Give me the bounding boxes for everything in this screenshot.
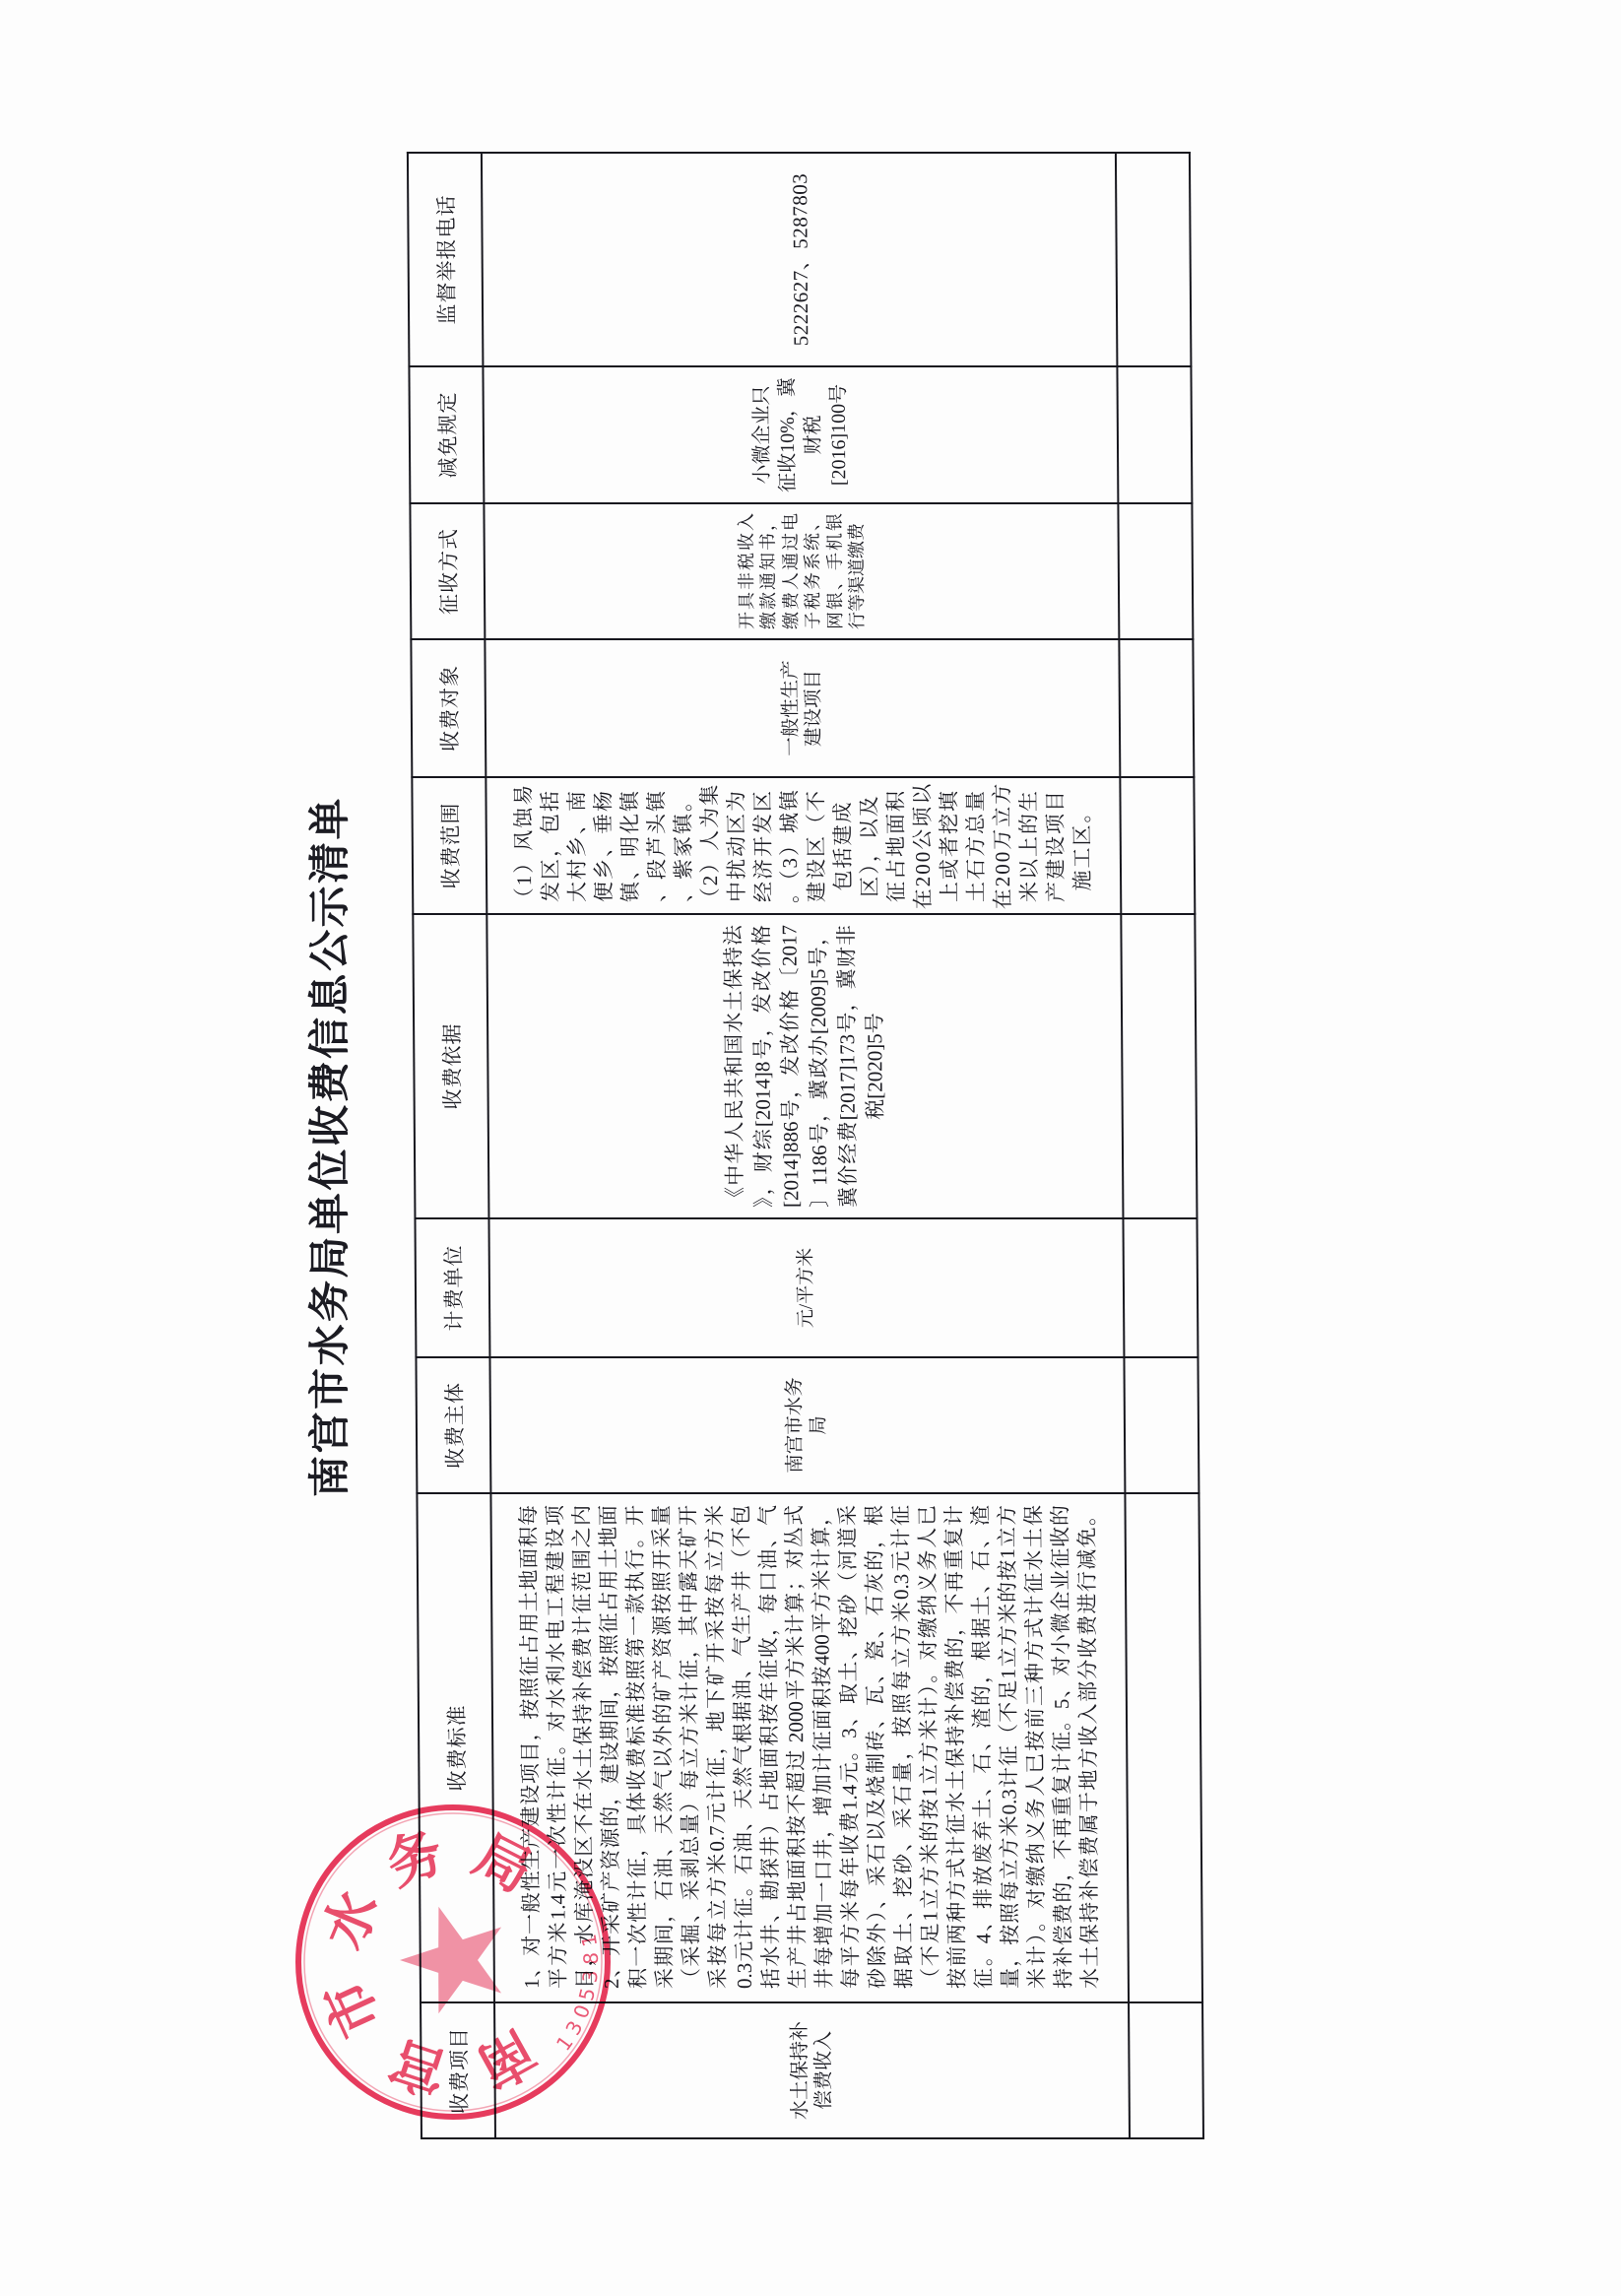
seal-star-icon — [400, 1907, 501, 2013]
text-line: 砂除外）、采石以及烧制砖、瓦、瓷、石灰的，根 — [862, 1505, 891, 1989]
text-line: 发区，包括 — [537, 778, 564, 913]
text-line: 量，按照每立方米0.3计征（不足1立方米的按1立方 — [995, 1505, 1024, 1989]
text-line: 冀价经费[2017]173号，冀财非 — [832, 925, 863, 1208]
empty-cell-text — [1158, 915, 1160, 1217]
billing-unit-text: 元/平方米 — [794, 1219, 818, 1356]
charge-scope-text: （1）风蚀易发区，包括大村乡、南便乡、垂杨镇、明化镇、段芦头镇、紫冢镇。（2）人… — [510, 778, 1096, 913]
cell-collection-method: 开具非税收入缴款通知书，缴费人通过电子税务系统、网银、手机银行等渠道缴费 — [484, 503, 1119, 639]
text-line: 在200公顷以 — [909, 778, 937, 913]
header-charge-scope: 收费范围 — [412, 777, 486, 914]
text-line: 缴款通知书， — [756, 513, 779, 629]
cell-charge-target: 一般性生产建设项目 — [485, 639, 1120, 777]
seal-digit: 5 — [574, 1986, 600, 2003]
empty-cell — [1119, 639, 1194, 777]
text-line: 上或者挖填 — [936, 778, 963, 913]
text-line: 、紫冢镇。 — [670, 778, 697, 913]
header-billing-unit: 计费单位 — [415, 1218, 489, 1357]
cell-charge-basis: 《中华人民共和国水土保持法》，财综[2014]8号，发改价格[2014]886号… — [486, 914, 1123, 1218]
seal-char: 水 — [310, 1881, 391, 1957]
header-collection-method: 征收方式 — [410, 503, 485, 639]
empty-cell — [1117, 366, 1192, 503]
text-line: 税[2020]5号 — [861, 925, 891, 1208]
text-line: 、段芦头镇 — [643, 778, 671, 913]
text-line: 元/平方米 — [794, 1219, 818, 1356]
text-line: 土石方总量 — [962, 778, 990, 913]
cell-billing-unit: 元/平方米 — [488, 1218, 1124, 1357]
text-line: 偿费收入 — [811, 2003, 836, 2137]
official-seal: 南宫市水务局 1305381 — [276, 1785, 630, 2139]
charge-basis-text: 《中华人民共和国水土保持法》，财综[2014]8号，发改价格[2014]886号… — [720, 925, 891, 1208]
header-charge-target: 收费对象 — [411, 639, 486, 777]
header-charging-body: 收费主体 — [416, 1357, 490, 1493]
header-charge-basis: 收费依据 — [413, 914, 488, 1218]
text-line: 包括建成 — [829, 778, 857, 913]
text-line: 征占地面积 — [882, 778, 910, 913]
text-line: 财税 — [800, 367, 826, 502]
empty-cell — [1124, 1357, 1199, 1493]
collection-method-text: 开具非税收入缴款通知书，缴费人通过电子税务系统、网银、手机银行等渠道缴费 — [735, 513, 869, 629]
text-line: 米以上的生 — [1015, 778, 1043, 913]
text-line: 建设项目 — [802, 640, 825, 776]
header-reduction-rules: 减免规定 — [409, 366, 484, 503]
text-line: 中扰动区为 — [723, 778, 750, 913]
text-line: 采期间，石油、天然气以外的矿产资源按照开采量 — [649, 1505, 679, 1989]
text-line: （2）人为集 — [696, 778, 724, 913]
table-row-empty — [1116, 153, 1203, 2138]
supervision-hotline-text: 5222627、5287803 — [784, 154, 815, 365]
charge-target-text: 一般性生产建设项目 — [779, 640, 825, 776]
text-line: 水土保持补偿费属于地方收入部分收费进行减免。 — [1074, 1505, 1104, 1989]
text-line: 》，财综[2014]8号，发改价格 — [747, 925, 778, 1208]
text-line: 便乡、垂杨 — [590, 778, 617, 913]
text-line: 镇、明化镇 — [616, 778, 644, 913]
text-line: 一般性生产 — [779, 640, 803, 776]
text-line: 生产井占地面积按不超过 2000平方米计算；对丛式 — [782, 1505, 811, 1989]
empty-cell — [1121, 914, 1197, 1218]
text-line: 建设区（不 — [803, 778, 830, 913]
text-line: 网银、手机银 — [823, 513, 846, 629]
text-line: 小微企业只 — [748, 367, 775, 502]
text-line: 井每增加一口井，增加计征面积按400平方米计算， — [809, 1505, 838, 1989]
text-line: 在200万立方 — [989, 778, 1016, 913]
empty-cell — [1118, 503, 1193, 639]
empty-cell — [1116, 153, 1192, 366]
empty-cell — [1120, 777, 1195, 914]
text-line: [2016]100号 — [825, 367, 852, 502]
empty-cell-text — [1152, 154, 1154, 365]
seal-char: 宫 — [382, 2027, 455, 2106]
empty-cell-text — [1154, 367, 1155, 502]
text-line: （不足1立方米的按1立方米计）。对缴纳义务人已 — [915, 1505, 944, 1989]
text-line: 〕1186号，冀政办[2009]5号， — [804, 925, 834, 1208]
seal-serial-number: 1305381 — [551, 1933, 603, 2056]
text-line: 区），以及 — [856, 778, 883, 913]
empty-cell-text — [1161, 1358, 1162, 1492]
empty-cell-text — [1166, 2003, 1167, 2137]
seal-digit: 3 — [578, 1969, 603, 1984]
text-line: 缴费人通过电 — [779, 513, 802, 629]
charge-item-text: 水土保持补偿费收入 — [788, 2003, 836, 2137]
empty-cell-text — [1162, 1494, 1166, 2001]
empty-cell — [1125, 1493, 1202, 2002]
text-line: （采掘、采剥总量）每立方米计征，其中露天矿开 — [676, 1505, 705, 1989]
charging-body-text: 南宫市水务局 — [783, 1358, 831, 1492]
reduction-rules-text: 小微企业只征收10%，冀财税[2016]100号 — [748, 367, 852, 502]
seal-digit: 1 — [576, 1933, 602, 1948]
scanned-page: 南宫市水务局单位收费信息公示清单 收费项目 收费标准 收费主体 计费单位 收费依… — [0, 0, 1621, 2296]
text-line: 米计）。对缴纳义务人已按前三种方式计征水土保 — [1021, 1505, 1051, 1989]
text-line: 施工区。 — [1069, 778, 1096, 913]
header-supervision-hotline: 监督举报电话 — [408, 153, 484, 366]
text-line: 按前两种方式计征水土保持补偿费的，不再重复计 — [941, 1505, 971, 1989]
text-line: 。（3）城镇 — [776, 778, 804, 913]
text-line: 南宫市水务 — [783, 1358, 808, 1492]
empty-cell-text — [1156, 640, 1157, 776]
text-line: 持补偿费的，不再重复计征。5、对小微企业征收的 — [1048, 1505, 1077, 1989]
empty-cell-text — [1157, 778, 1158, 913]
seal-char: 南 — [467, 2017, 547, 2101]
text-line: 开具非税收入 — [735, 513, 757, 629]
text-line: （1）风蚀易 — [510, 778, 538, 913]
text-line: 产建设项目 — [1042, 778, 1070, 913]
text-line: 据取土、挖砂、采石量，按照每立方米0.3元计征 — [888, 1505, 918, 1989]
text-line: 《中华人民共和国水土保持法 — [720, 925, 750, 1208]
text-line: 采按每立方米0.7元计征，地下矿开采按每立方米 — [702, 1505, 732, 1989]
cell-supervision-hotline: 5222627、5287803 — [482, 153, 1118, 366]
seal-char: 务 — [378, 1818, 452, 1898]
text-line: 经济开发区 — [749, 778, 777, 913]
document-landscape: 南宫市水务局单位收费信息公示清单 收费项目 收费标准 收费主体 计费单位 收费依… — [0, 0, 1621, 2296]
text-line: 征收10%，冀 — [774, 367, 801, 502]
empty-cell-text — [1160, 1219, 1161, 1356]
cell-charge-scope: （1）风蚀易发区，包括大村乡、南便乡、垂杨镇、明化镇、段芦头镇、紫冢镇。（2）人… — [486, 777, 1121, 914]
text-line: 0.3元计征。石油、天然气根据油、气生产井（不包 — [729, 1505, 758, 1989]
text-line: 征。4、排放废弃土、石、渣的，根据土、石、渣 — [968, 1505, 998, 1989]
text-line: 括水井、勘探井）占地面积按年征收，每口油、气 — [755, 1505, 785, 1989]
seal-digit: 0 — [568, 2001, 595, 2021]
text-line: [2014]886号，发改价格〔2017 — [776, 925, 807, 1208]
seal-digit: 8 — [579, 1952, 603, 1965]
text-line: 5222627、5287803 — [784, 154, 815, 365]
empty-cell — [1129, 2002, 1203, 2138]
cell-reduction-rules: 小微企业只征收10%，冀财税[2016]100号 — [483, 366, 1118, 503]
cell-charging-body: 南宫市水务局 — [489, 1357, 1125, 1493]
text-line: 子税务系统、 — [801, 513, 823, 629]
text-line: 水土保持补 — [788, 2003, 812, 2137]
text-line: 局 — [807, 1358, 831, 1492]
text-line: 每平方米每年收费1.4元。3、取土、挖砂（河道采 — [835, 1505, 865, 1989]
empty-cell — [1123, 1218, 1198, 1357]
empty-cell-text — [1155, 504, 1156, 638]
text-line: 行等渠道缴费 — [845, 513, 868, 629]
text-line: 大村乡、南 — [563, 778, 591, 913]
